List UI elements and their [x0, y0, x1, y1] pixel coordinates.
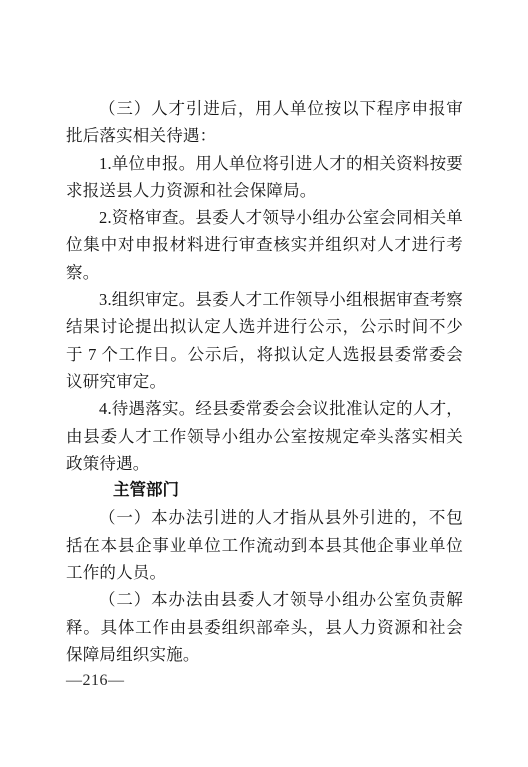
- paragraph-procedure-intro: （三）人才引进后，用人单位按以下程序申报审批后落实相关待遇：: [66, 95, 463, 150]
- section-heading: 主管部门: [66, 477, 463, 504]
- paragraph-step-2: 2.资格审查。县委人才领导小组办公室会同相关单位集中对申报材料进行审查核实并组织…: [66, 204, 463, 286]
- document-page: （三）人才引进后，用人单位按以下程序申报审批后落实相关待遇： 1.单位申报。用人…: [0, 0, 528, 767]
- paragraph-step-4: 4.待遇落实。经县委常委会会议批准认定的人才，由县委人才工作领导小组办公室按规定…: [66, 395, 463, 477]
- paragraph-clause-1: （一）本办法引进的人才指从县外引进的，不包括在本县企事业单位工作流动到本县其他企…: [66, 504, 463, 586]
- text-block: （三）人才引进后，用人单位按以下程序申报审批后落实相关待遇： 1.单位申报。用人…: [66, 95, 463, 668]
- page-number: —216—: [66, 671, 125, 691]
- paragraph-clause-2: （二）本办法由县委人才领导小组办公室负责解释。具体工作由县委组织部牵头，县人力资…: [66, 586, 463, 668]
- paragraph-step-1: 1.单位申报。用人单位将引进人才的相关资料按要求报送县人力资源和社会保障局。: [66, 150, 463, 205]
- paragraph-step-3: 3.组织审定。县委人才工作领导小组根据审查考察结果讨论提出拟认定人选并进行公示，…: [66, 286, 463, 395]
